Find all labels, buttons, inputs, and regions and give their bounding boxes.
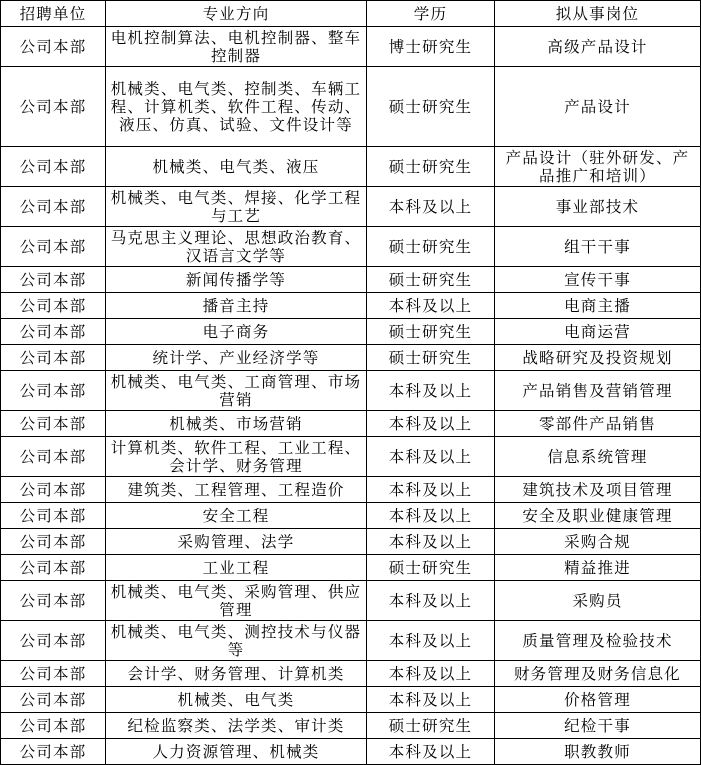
cell-major: 机械类、电气类、采购管理、供应管理 (106, 581, 367, 621)
cell-major: 机械类、电气类、测控技术与仪器等 (106, 621, 367, 661)
cell-degree: 本科及以上 (367, 687, 495, 713)
table-row: 公司本部机械类、电气类、工商管理、市场营销本科及以上产品销售及营销管理 (1, 371, 701, 411)
cell-degree: 博士研究生 (367, 27, 495, 67)
cell-major: 机械类、电气类、控制类、车辆工程、计算机类、软件工程、传动、液压、仿真、试验、文… (106, 67, 367, 147)
cell-major: 统计学、产业经济学等 (106, 345, 367, 371)
cell-unit: 公司本部 (1, 529, 106, 555)
cell-position: 高级产品设计 (495, 27, 701, 67)
table-row: 公司本部建筑类、工程管理、工程造价本科及以上建筑技术及项目管理 (1, 477, 701, 503)
cell-unit: 公司本部 (1, 411, 106, 437)
cell-position: 采购员 (495, 581, 701, 621)
cell-position: 零部件产品销售 (495, 411, 701, 437)
cell-degree: 本科及以上 (367, 529, 495, 555)
cell-unit: 公司本部 (1, 371, 106, 411)
cell-degree: 硕士研究生 (367, 147, 495, 187)
table-row: 公司本部机械类、电气类本科及以上价格管理 (1, 687, 701, 713)
cell-position: 事业部技术 (495, 187, 701, 227)
cell-degree: 本科及以上 (367, 187, 495, 227)
table-row: 公司本部人力资源管理、机械类本科及以上职教教师 (1, 739, 701, 765)
cell-position: 信息系统管理 (495, 437, 701, 477)
cell-unit: 公司本部 (1, 503, 106, 529)
cell-unit: 公司本部 (1, 319, 106, 345)
cell-major: 播音主持 (106, 293, 367, 319)
cell-major: 机械类、电气类 (106, 687, 367, 713)
cell-major: 马克思主义理论、思想政治教育、汉语言文学等 (106, 227, 367, 267)
cell-unit: 公司本部 (1, 581, 106, 621)
cell-unit: 公司本部 (1, 437, 106, 477)
cell-position: 建筑技术及项目管理 (495, 477, 701, 503)
cell-position: 产品销售及营销管理 (495, 371, 701, 411)
cell-degree: 本科及以上 (367, 661, 495, 687)
cell-degree: 硕士研究生 (367, 267, 495, 293)
cell-position: 质量管理及检验技术 (495, 621, 701, 661)
cell-position: 精益推进 (495, 555, 701, 581)
cell-unit: 公司本部 (1, 293, 106, 319)
cell-major: 机械类、电气类、焊接、化学工程与工艺 (106, 187, 367, 227)
table-body: 公司本部电机控制算法、电机控制器、整车控制器博士研究生高级产品设计公司本部机械类… (1, 27, 701, 765)
cell-degree: 本科及以上 (367, 371, 495, 411)
cell-position: 产品设计 (495, 67, 701, 147)
cell-position: 宣传干事 (495, 267, 701, 293)
cell-unit: 公司本部 (1, 345, 106, 371)
table-row: 公司本部新闻传播学等硕士研究生宣传干事 (1, 267, 701, 293)
cell-major: 纪检监察类、法学类、审计类 (106, 713, 367, 739)
table-row: 公司本部工业工程硕士研究生精益推进 (1, 555, 701, 581)
cell-position: 职教教师 (495, 739, 701, 765)
cell-degree: 硕士研究生 (367, 555, 495, 581)
cell-unit: 公司本部 (1, 477, 106, 503)
cell-position: 组干干事 (495, 227, 701, 267)
table-row: 公司本部纪检监察类、法学类、审计类硕士研究生纪检干事 (1, 713, 701, 739)
table-row: 公司本部机械类、电气类、液压硕士研究生产品设计（驻外研发、产品推广和培训） (1, 147, 701, 187)
cell-unit: 公司本部 (1, 227, 106, 267)
cell-position: 纪检干事 (495, 713, 701, 739)
cell-unit: 公司本部 (1, 555, 106, 581)
table-row: 公司本部机械类、电气类、采购管理、供应管理本科及以上采购员 (1, 581, 701, 621)
cell-unit: 公司本部 (1, 739, 106, 765)
cell-unit: 公司本部 (1, 67, 106, 147)
cell-unit: 公司本部 (1, 147, 106, 187)
table-row: 公司本部机械类、电气类、焊接、化学工程与工艺本科及以上事业部技术 (1, 187, 701, 227)
cell-major: 建筑类、工程管理、工程造价 (106, 477, 367, 503)
table-row: 公司本部机械类、电气类、测控技术与仪器等本科及以上质量管理及检验技术 (1, 621, 701, 661)
cell-unit: 公司本部 (1, 621, 106, 661)
table-row: 公司本部电子商务硕士研究生电商运营 (1, 319, 701, 345)
cell-degree: 本科及以上 (367, 477, 495, 503)
cell-degree: 硕士研究生 (367, 227, 495, 267)
header-position: 拟从事岗位 (495, 1, 701, 27)
cell-position: 采购合规 (495, 529, 701, 555)
cell-position: 电商主播 (495, 293, 701, 319)
header-major: 专业方向 (106, 1, 367, 27)
cell-position: 价格管理 (495, 687, 701, 713)
cell-degree: 本科及以上 (367, 739, 495, 765)
cell-major: 安全工程 (106, 503, 367, 529)
cell-unit: 公司本部 (1, 27, 106, 67)
table-row: 公司本部播音主持本科及以上电商主播 (1, 293, 701, 319)
cell-unit: 公司本部 (1, 661, 106, 687)
cell-major: 采购管理、法学 (106, 529, 367, 555)
cell-major: 新闻传播学等 (106, 267, 367, 293)
cell-unit: 公司本部 (1, 267, 106, 293)
cell-major: 工业工程 (106, 555, 367, 581)
cell-unit: 公司本部 (1, 687, 106, 713)
header-unit: 招聘单位 (1, 1, 106, 27)
cell-major: 机械类、市场营销 (106, 411, 367, 437)
cell-major: 计算机类、软件工程、工业工程、会计学、财务管理 (106, 437, 367, 477)
table-row: 公司本部机械类、市场营销本科及以上零部件产品销售 (1, 411, 701, 437)
cell-degree: 本科及以上 (367, 437, 495, 477)
cell-position: 战略研究及投资规划 (495, 345, 701, 371)
cell-major: 机械类、电气类、液压 (106, 147, 367, 187)
table-row: 公司本部马克思主义理论、思想政治教育、汉语言文学等硕士研究生组干干事 (1, 227, 701, 267)
table-row: 公司本部电机控制算法、电机控制器、整车控制器博士研究生高级产品设计 (1, 27, 701, 67)
cell-degree: 本科及以上 (367, 411, 495, 437)
cell-position: 安全及职业健康管理 (495, 503, 701, 529)
cell-degree: 硕士研究生 (367, 713, 495, 739)
cell-degree: 本科及以上 (367, 581, 495, 621)
table-row: 公司本部安全工程本科及以上安全及职业健康管理 (1, 503, 701, 529)
table-row: 公司本部统计学、产业经济学等硕士研究生战略研究及投资规划 (1, 345, 701, 371)
cell-unit: 公司本部 (1, 187, 106, 227)
table-row: 公司本部机械类、电气类、控制类、车辆工程、计算机类、软件工程、传动、液压、仿真、… (1, 67, 701, 147)
cell-degree: 硕士研究生 (367, 67, 495, 147)
cell-position: 产品设计（驻外研发、产品推广和培训） (495, 147, 701, 187)
cell-major: 会计学、财务管理、计算机类 (106, 661, 367, 687)
cell-major: 电子商务 (106, 319, 367, 345)
cell-degree: 本科及以上 (367, 293, 495, 319)
cell-unit: 公司本部 (1, 713, 106, 739)
recruitment-table: 招聘单位 专业方向 学历 拟从事岗位 公司本部电机控制算法、电机控制器、整车控制… (0, 0, 701, 765)
cell-degree: 本科及以上 (367, 621, 495, 661)
cell-position: 财务管理及财务信息化 (495, 661, 701, 687)
cell-major: 机械类、电气类、工商管理、市场营销 (106, 371, 367, 411)
cell-degree: 硕士研究生 (367, 319, 495, 345)
table-row: 公司本部采购管理、法学本科及以上采购合规 (1, 529, 701, 555)
cell-degree: 硕士研究生 (367, 345, 495, 371)
table-row: 公司本部会计学、财务管理、计算机类本科及以上财务管理及财务信息化 (1, 661, 701, 687)
cell-major: 电机控制算法、电机控制器、整车控制器 (106, 27, 367, 67)
cell-position: 电商运营 (495, 319, 701, 345)
table-row: 公司本部计算机类、软件工程、工业工程、会计学、财务管理本科及以上信息系统管理 (1, 437, 701, 477)
cell-major: 人力资源管理、机械类 (106, 739, 367, 765)
header-degree: 学历 (367, 1, 495, 27)
cell-degree: 本科及以上 (367, 503, 495, 529)
header-row: 招聘单位 专业方向 学历 拟从事岗位 (1, 1, 701, 27)
